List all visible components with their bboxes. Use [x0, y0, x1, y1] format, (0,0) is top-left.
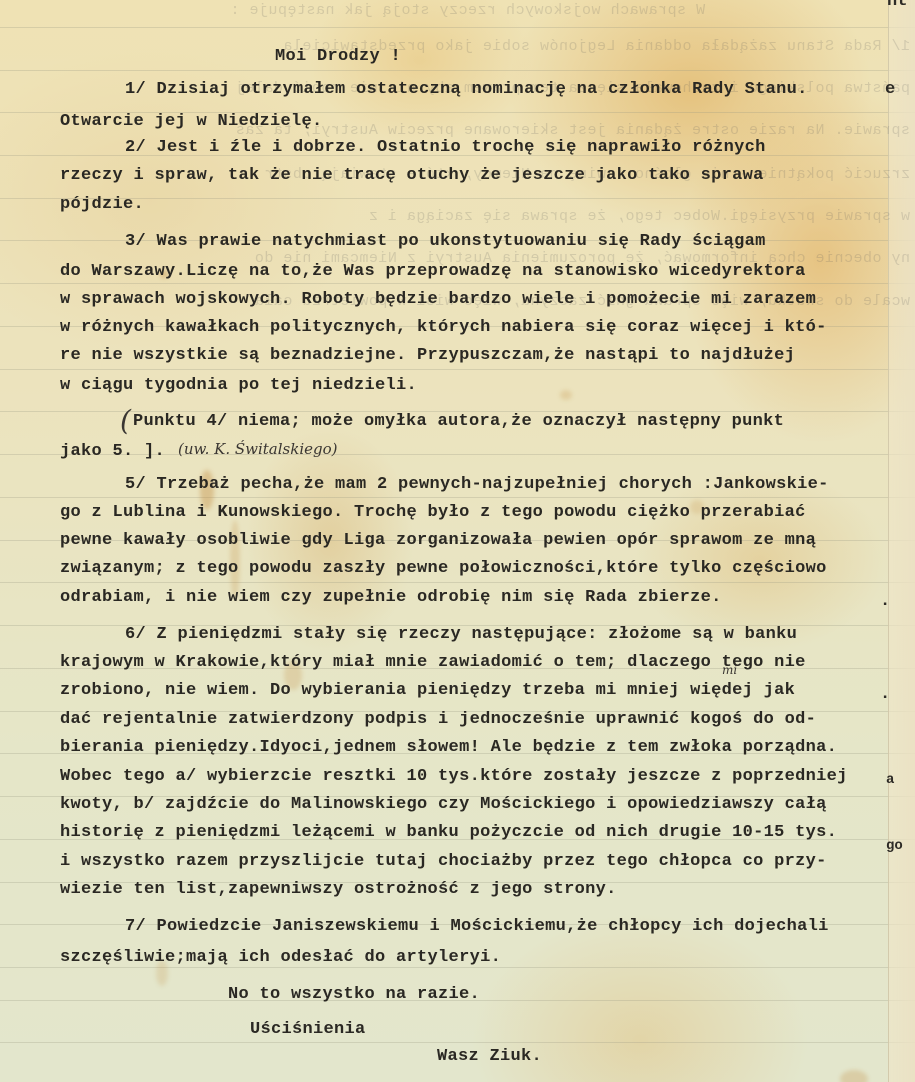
handwritten-bracket: ( — [120, 404, 131, 437]
regards: Uściśnienia — [250, 1020, 366, 1039]
signature: Wasz Ziuk. — [437, 1047, 542, 1066]
handwritten-annotation: (uw. K. Świtalskiego) — [178, 440, 337, 458]
salutation: Moi Drodzy ! — [275, 47, 401, 66]
paper-edge-strip — [888, 0, 915, 1082]
handwritten-correction: mi — [722, 663, 737, 677]
closing: No to wszystko na razie. — [228, 985, 480, 1004]
